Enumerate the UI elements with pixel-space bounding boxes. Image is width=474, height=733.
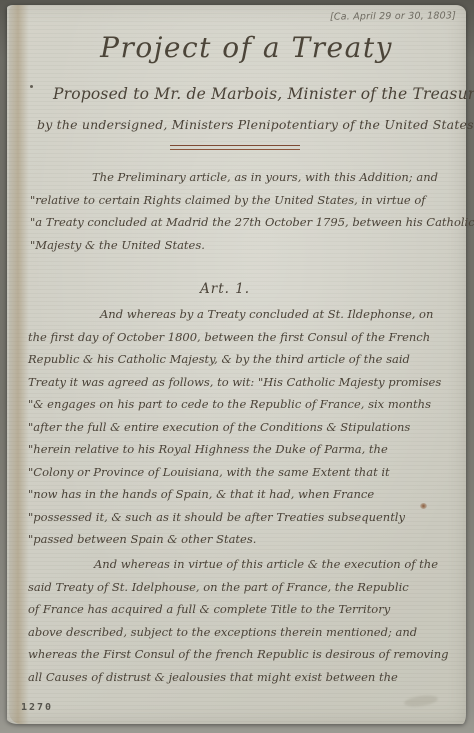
whereas-paragraph: And whereas in virtue of this article & … <box>28 553 448 688</box>
manuscript-line: above described, subject to the exceptio… <box>28 621 448 644</box>
archival-date-annotation: [Ca. April 29 or 30, 1803] <box>330 10 456 22</box>
faint-pencil-mark <box>403 694 438 709</box>
manuscript-line: Republic & his Catholic Majesty, & by th… <box>28 348 441 371</box>
header-divider-rule <box>170 145 300 150</box>
binding-gutter <box>9 5 29 724</box>
ink-spot <box>30 85 33 88</box>
manuscript-line: "possessed it, & such as it should be af… <box>28 506 441 529</box>
manuscript-line: Treaty it was agreed as follows, to wit:… <box>28 371 441 394</box>
manuscript-line: The Preliminary article, as in yours, wi… <box>30 166 474 189</box>
article-1-paragraph: And whereas by a Treaty concluded at St.… <box>28 303 441 551</box>
article-1-heading: Art. 1. <box>200 281 250 297</box>
manuscript-line: whereas the First Consul of the french R… <box>28 643 448 666</box>
manuscript-line: "passed between Spain & other States. <box>28 528 441 551</box>
manuscript-line: "herein relative to his Royal Highness t… <box>28 438 441 461</box>
manuscript-line: "a Treaty concluded at Madrid the 27th O… <box>30 211 474 234</box>
manuscript-line: And whereas in virtue of this article & … <box>28 553 448 576</box>
manuscript-line: "now has in the hands of Spain, & that i… <box>28 483 441 506</box>
manuscript-line: said Treaty of St. Idelphouse, on the pa… <box>28 576 448 599</box>
manuscript-line: "relative to certain Rights claimed by t… <box>30 189 474 212</box>
manuscript-line: "after the full & entire execution of th… <box>28 416 441 439</box>
manuscript-line: "Majesty & the United States. <box>30 234 474 257</box>
manuscript-line: of France has acquired a full & complete… <box>28 598 448 621</box>
manuscript-page: [Ca. April 29 or 30, 1803] Project of a … <box>7 5 466 724</box>
manuscript-line: the first day of October 1800, between t… <box>28 326 441 349</box>
subtitle-line-2: by the undersigned, Ministers Plenipoten… <box>37 117 474 132</box>
manuscript-line: "& engages on his part to cede to the Re… <box>28 393 441 416</box>
preamble-paragraph: The Preliminary article, as in yours, wi… <box>30 166 474 256</box>
page-number-stamp: 1270 <box>21 702 53 713</box>
scanned-manuscript-photo: { "document": { "archival_annotation": "… <box>0 0 474 733</box>
manuscript-line: "Colony or Province of Louisiana, with t… <box>28 461 441 484</box>
manuscript-line: all Causes of distrust & jealousies that… <box>28 666 448 689</box>
subtitle-line-1: Proposed to Mr. de Marbois, Minister of … <box>53 85 474 103</box>
manuscript-line: And whereas by a Treaty concluded at St.… <box>28 303 441 326</box>
document-title: Project of a Treaty <box>7 31 466 64</box>
